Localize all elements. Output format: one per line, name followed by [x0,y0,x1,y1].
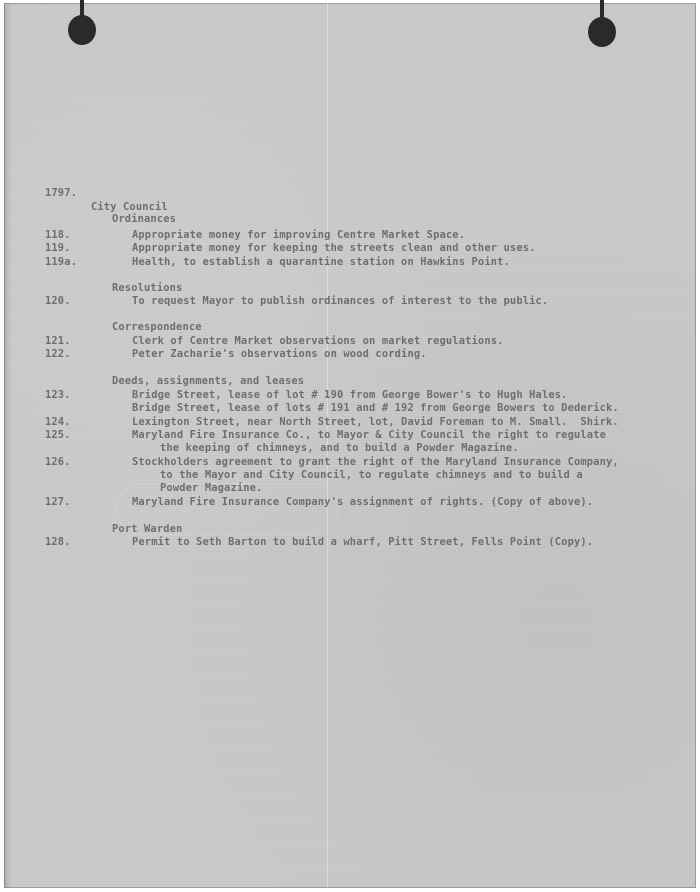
entry-number: 125. [45,429,71,442]
entry-text: Lexington Street, near North Street, lot… [132,416,619,429]
section-heading-port-warden: Port Warden [112,523,182,536]
year-heading: 1797. [45,187,77,200]
entry-text: Clerk of Centre Market observations on m… [132,335,504,348]
entry-text: To request Mayor to publish ordinances o… [132,295,548,308]
entry-text: Powder Magazine. [160,482,263,495]
entry-number: 122. [45,348,71,361]
entry-number: 127. [45,496,71,509]
entry-number: 124. [45,416,71,429]
entry-text: Stockholders agreement to grant the righ… [132,456,619,469]
entry-text: Peter Zacharie's observations on wood co… [132,348,427,361]
entry-number: 123. [45,389,71,402]
page-edge-shadow [4,3,12,888]
entry-text: Appropriate money for keeping the street… [132,242,536,255]
entry-number: 119a. [45,256,77,269]
entry-text: Appropriate money for improving Centre M… [132,229,465,242]
entry-text: Bridge Street, lease of lots # 191 and #… [132,402,619,415]
section-heading-ordinances: Ordinances [112,213,176,226]
entry-text: Permit to Seth Barton to build a wharf, … [132,536,593,549]
entry-text: to the Mayor and City Council, to regula… [160,469,583,482]
entry-number: 118. [45,229,71,242]
entry-number: 120. [45,295,71,308]
entry-number: 126. [45,456,71,469]
section-heading-correspondence: Correspondence [112,321,202,334]
section-heading-resolutions: Resolutions [112,282,182,295]
entry-text: Bridge Street, lease of lot # 190 from G… [132,389,568,402]
entry-text: the keeping of chimneys, and to build a … [160,442,519,455]
entry-number: 121. [45,335,71,348]
section-heading-deeds: Deeds, assignments, and leases [112,375,304,388]
entry-number: 119. [45,242,71,255]
punch-hole-left-icon [68,15,96,45]
entry-text: Maryland Fire Insurance Company's assign… [132,496,593,509]
entry-number: 128. [45,536,71,549]
punch-hole-right-icon [588,17,616,47]
entry-text: Health, to establish a quarantine statio… [132,256,510,269]
entry-text: Maryland Fire Insurance Co., to Mayor & … [132,429,606,442]
